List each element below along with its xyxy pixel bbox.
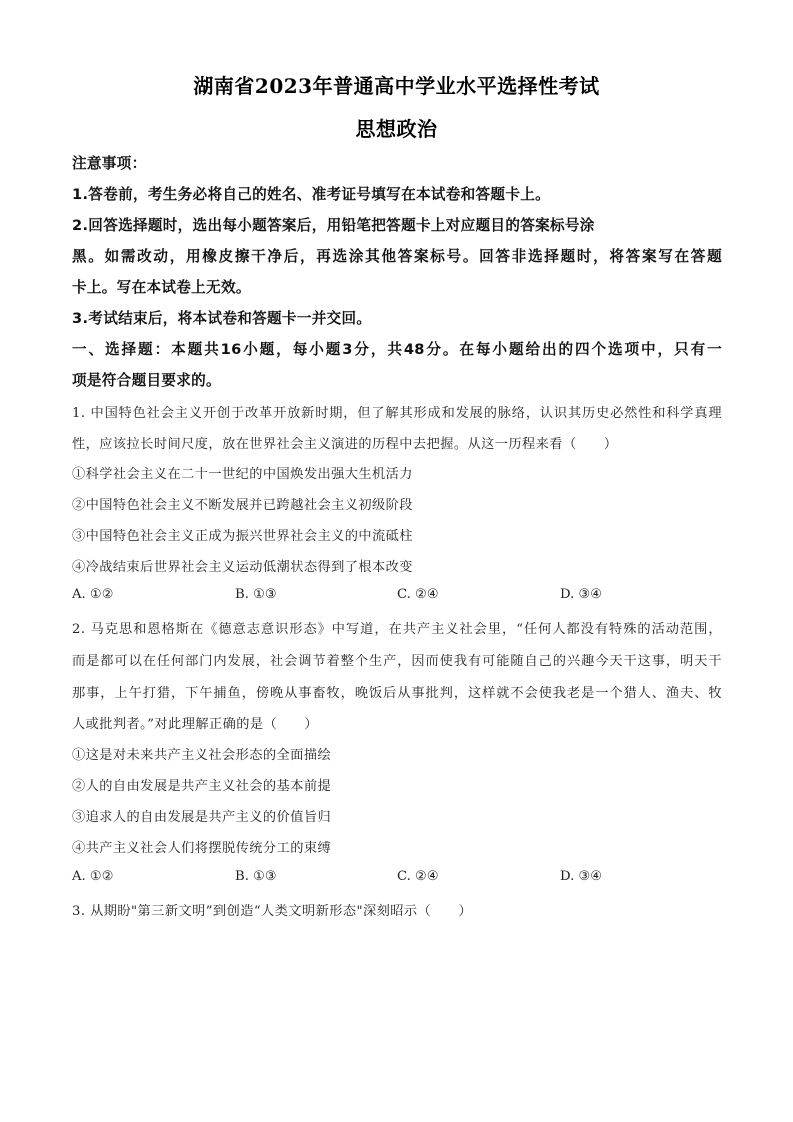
notice-line: 黑。如需改动，用橡皮擦干净后，再选涂其他答案标号。回答非选择题时，将答案写在答题: [72, 245, 722, 266]
notice-line: 卡上。写在本试卷上无效。: [72, 276, 251, 297]
notice-line: 3.考试结束后，将本试卷和答题卡一并交回。: [72, 307, 371, 328]
question-stem: 1. 中国特色社会主义开创于改革开放新时期，但了解其形成和发展的脉络，认识其历史…: [72, 402, 722, 421]
statement: ①科学社会主义在二十一世纪的中国焕发出强大生机活力: [72, 463, 413, 482]
question-stem: 人或批判者。”对此理解正确的是（ ）: [72, 713, 318, 732]
question-stem: 2. 马克思和恩格斯在《德意志意识形态》中写道，在共产主义社会里，“任何人都没有…: [72, 618, 722, 637]
option-c: C. ②④: [397, 587, 439, 602]
question-stem: 3. 从期盼"第三新文明”到创造“人类文明新形态"深刻昭示（ ）: [72, 900, 472, 919]
question-stem: 性，应该拉长时间尺度，放在世界社会主义演进的历程中去把握。从这一历程来看（ ）: [72, 433, 618, 452]
statement: ②中国特色社会主义不断发展并已跨越社会主义初级阶段: [72, 494, 413, 513]
option-b: B. ①③: [235, 587, 277, 602]
notice-line: 2.回答选择题时，选出每小题答案后，用铅笔把答题卡上对应题目的答案标号涂: [72, 214, 595, 235]
option-c: C. ②④: [397, 869, 439, 884]
statement: ③追求人的自由发展是共产主义的价值旨归: [72, 806, 331, 825]
question-stem: 那事，上午打猎，下午捕鱼，傍晚从事畜牧，晚饭后从事批判，这样就不会使我老是一个猎…: [72, 682, 722, 701]
statement: ④共产主义社会人们将摆脱传统分工的束缚: [72, 837, 331, 856]
section-heading-cont: 项是符合题目要求的。: [72, 369, 221, 390]
options-row: A. ①② B. ①③ C. ②④ D. ③④: [0, 869, 793, 889]
option-a: A. ①②: [72, 587, 114, 602]
notice-heading: 注意事项：: [72, 152, 146, 173]
notice-line: 1.答卷前，考生务必将自己的姓名、准考证号填写在本试卷和答题卡上。: [72, 183, 550, 204]
statement: ④冷战结束后世界社会主义运动低潮状态得到了根本改变: [72, 556, 413, 575]
option-a: A. ①②: [72, 869, 114, 884]
option-b: B. ①③: [235, 869, 277, 884]
statement: ③中国特色社会主义正成为振兴世界社会主义的中流砥柱: [72, 525, 413, 544]
section-heading: 一、选择题：本题共16小题，每小题3分，共48分。在每小题给出的四个选项中，只有…: [72, 338, 722, 359]
options-row: A. ①② B. ①③ C. ②④ D. ③④: [0, 587, 793, 607]
option-d: D. ③④: [560, 587, 602, 602]
exam-page: 湖南省2023年普通高中学业水平选择性考试 思想政治 注意事项： 1.答卷前，考…: [0, 0, 793, 1122]
exam-title: 湖南省2023年普通高中学业水平选择性考试: [0, 70, 793, 99]
statement: ②人的自由发展是共产主义社会的基本前提: [72, 775, 331, 794]
statement: ①这是对未来共产主义社会形态的全面描绘: [72, 744, 331, 763]
option-d: D. ③④: [560, 869, 602, 884]
exam-subject: 思想政治: [0, 113, 793, 142]
question-stem: 而是都可以在任何部门内发展，社会调节着整个生产，因而使我有可能随自己的兴趣今天干…: [72, 650, 722, 669]
